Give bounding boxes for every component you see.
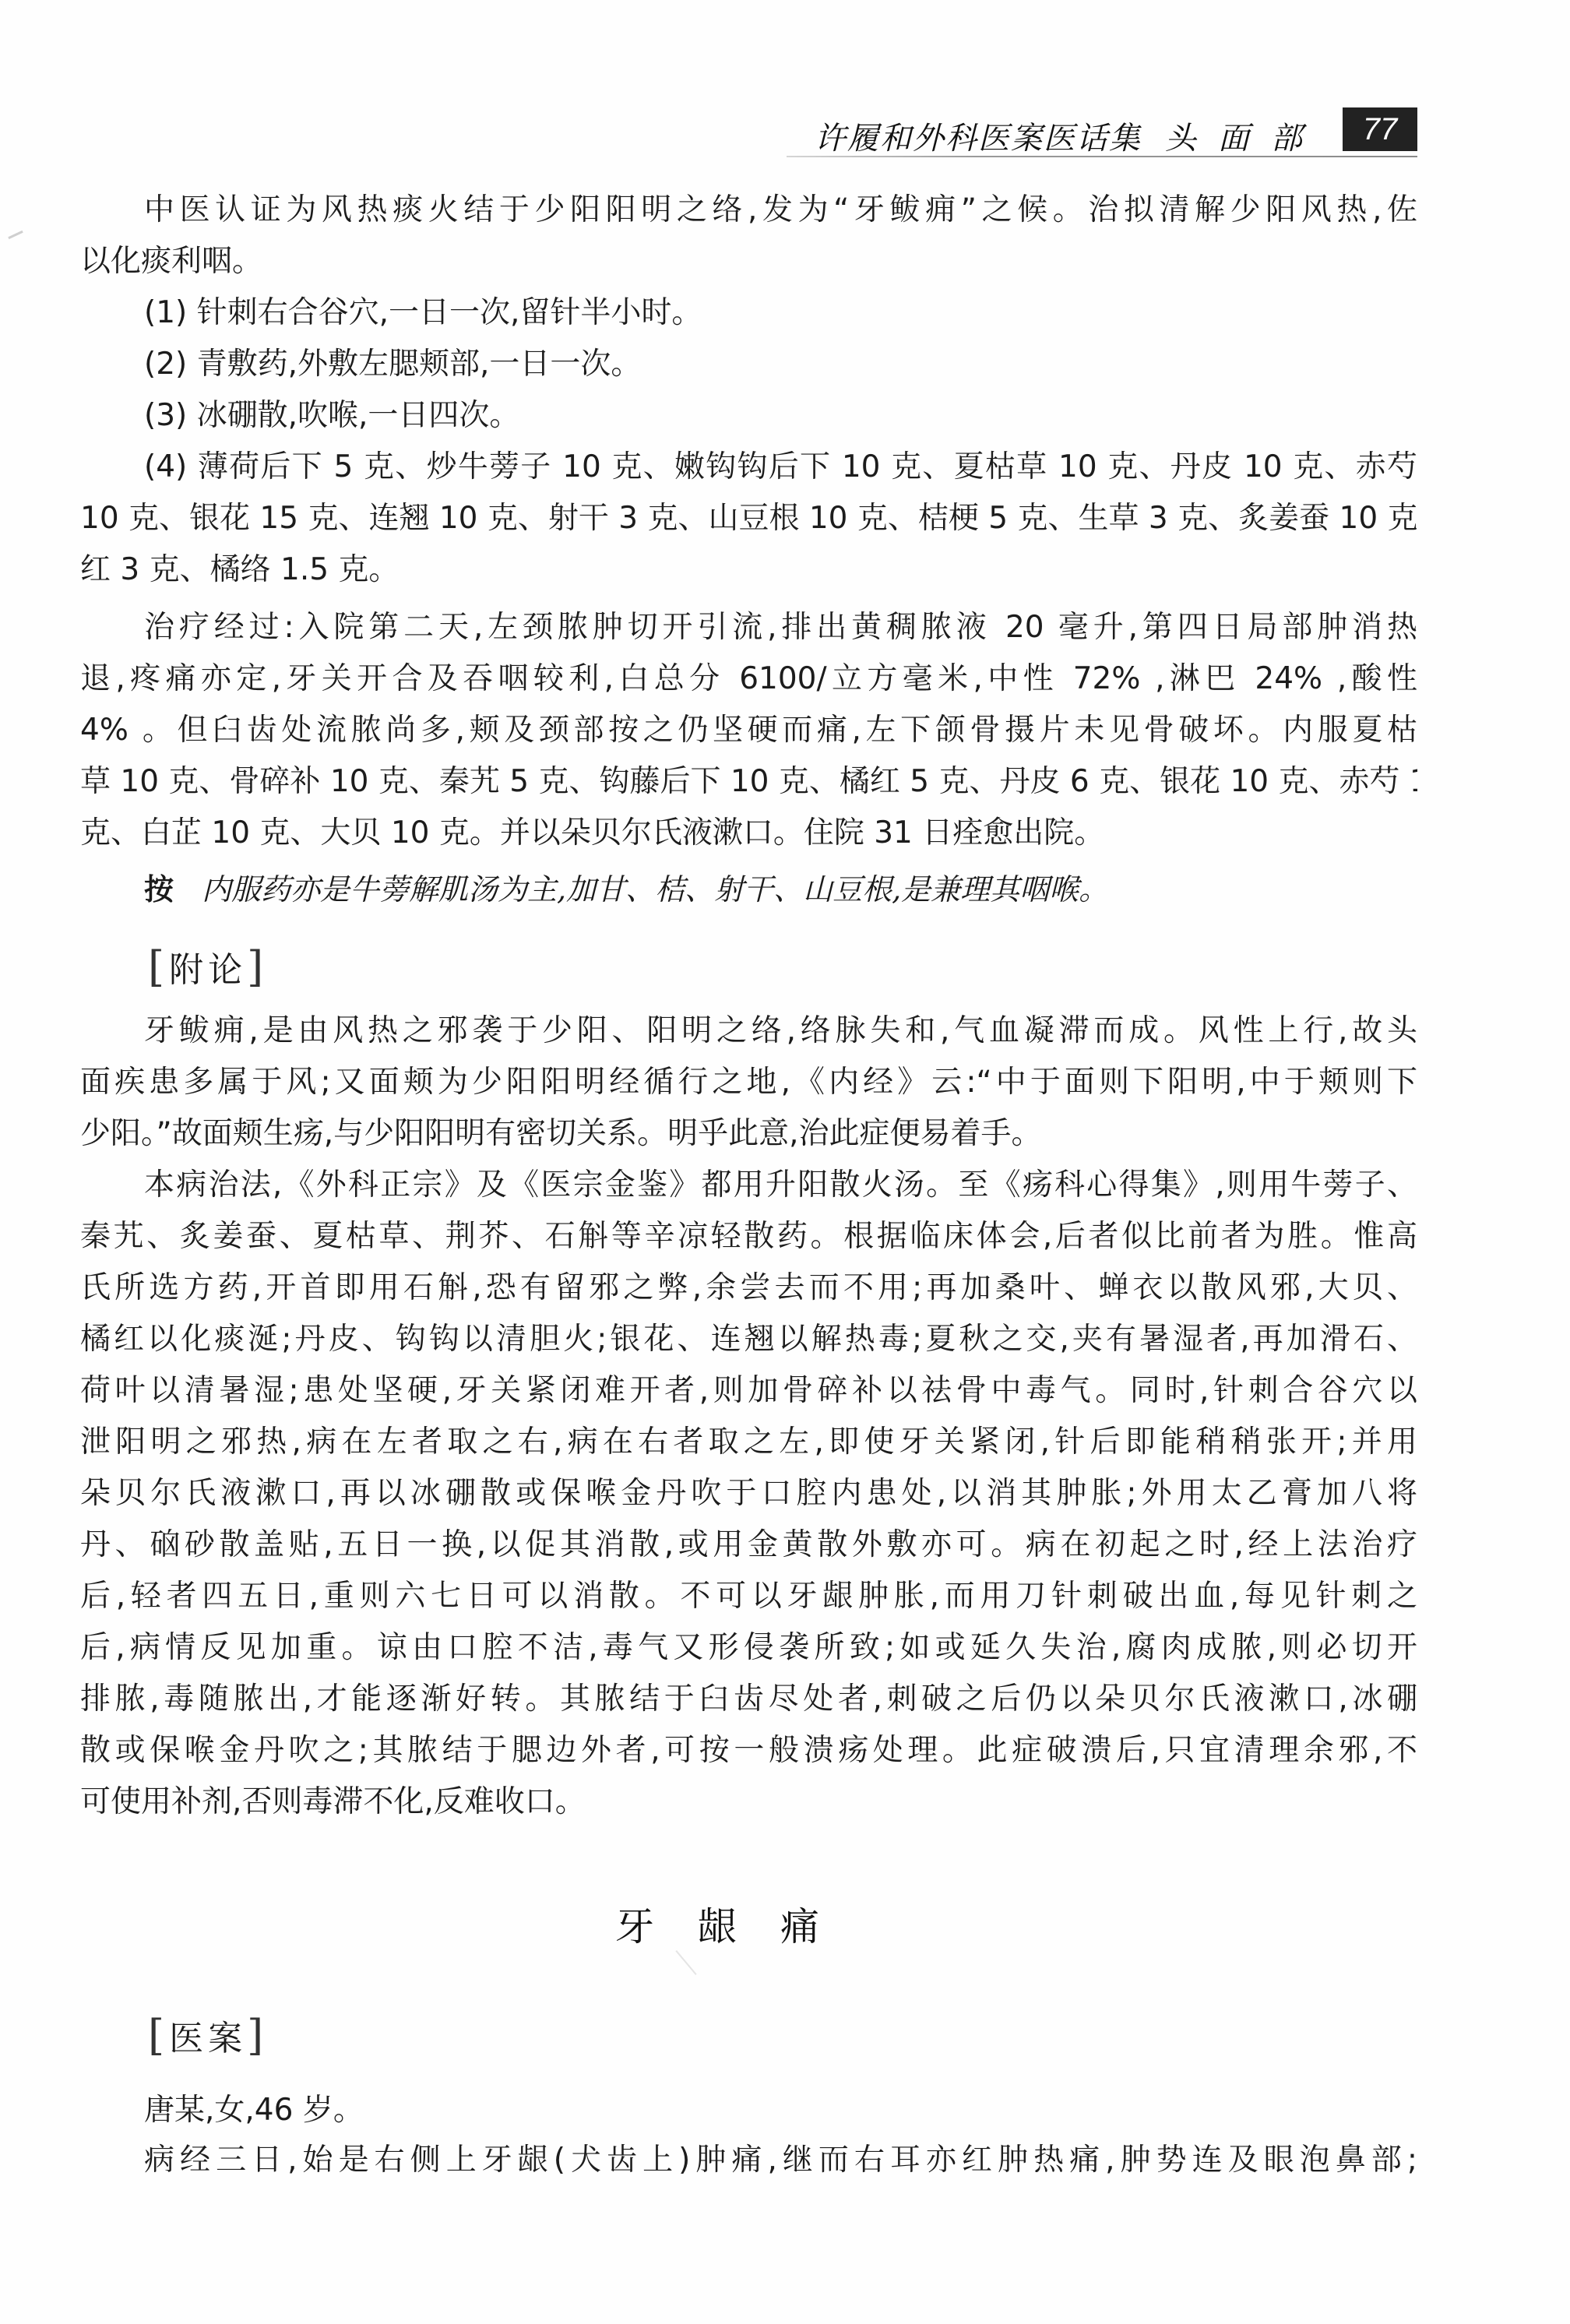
diagnosis-line: 中医认证为风热痰火结于少阳阳明之络,发为“牙鲅痈”之候。治拟清解少阳风热,佐 bbox=[144, 192, 1417, 229]
appendix-line: 荷叶以清暑湿;患处坚硬,牙关紧闭难开者,则加骨碎补以祛骨中毒气。同时,针刺合谷穴… bbox=[80, 1372, 1417, 1410]
prescription-line: 红 3 克、橘络 1.5 克。 bbox=[80, 551, 1417, 589]
diagnosis-line: 以化痰利咽。 bbox=[80, 243, 1417, 280]
case-heading-text: 医案 bbox=[169, 2019, 247, 2058]
scan-artifact bbox=[675, 1950, 696, 1975]
appendix-line: 橘红以化痰涎;丹皮、钩钩以清胆火;银花、连翘以解热毒;夏秋之交,夹有暑湿者,再加… bbox=[80, 1321, 1417, 1358]
note-text: 内服药亦是牛蒡解肌汤为主,加甘、桔、射干、山豆根,是兼理其咽喉。 bbox=[202, 872, 1108, 907]
course-line: 治疗经过:入院第二天,左颈脓肿切开引流,排出黄稠脓液 20 毫升,第四日局部肿消… bbox=[144, 609, 1417, 646]
bracket-left: [ bbox=[148, 2011, 169, 2060]
bracket-left: [ bbox=[148, 942, 169, 991]
history-line: 病经三日,始是右侧上牙龈(犬齿上)肿痛,继而右耳亦红肿热痛,肿势连及眼泡鼻部; bbox=[144, 2142, 1417, 2179]
appendix-line: 后,轻者四五日,重则六七日可以消散。不可以牙龈肿胀,而用刀针刺破出血,每见针刺之 bbox=[80, 1578, 1417, 1615]
header-divider bbox=[787, 156, 1417, 157]
appendix-line: 泄阳明之邪热,病在左者取之右,病在右者取之左,即使牙关紧闭,针后即能稍稍张开;并… bbox=[80, 1424, 1417, 1461]
appendix-line: 朵贝尔氏液漱口,再以冰硼散或保喉金丹吹于口腔内患处,以消其肿胀;外用太乙膏加八将 bbox=[80, 1475, 1417, 1512]
page-number: 77 bbox=[1343, 107, 1417, 151]
treatment-item: (3) 冰硼散,吹喉,一日四次。 bbox=[144, 397, 1417, 435]
appendix-line: 本病治法,《外科正宗》及《医宗金鉴》都用升阳散火汤。至《疡科心得集》,则用牛蒡子… bbox=[144, 1167, 1417, 1204]
course-line: 退,疼痛亦定,牙关开合及吞咽较利,白总分 6100/立方毫米,中性 72% ,淋… bbox=[80, 660, 1417, 698]
prescription-line: 10 克、银花 15 克、连翘 10 克、射干 3 克、山豆根 10 克、桔梗 … bbox=[80, 500, 1417, 537]
appendix-line: 排脓,毒随脓出,才能逐渐好转。其脓结于臼齿尽处者,刺破之后仍以朵贝尔氏液漱口,冰… bbox=[80, 1681, 1417, 1718]
book-title: 许履和外科医案医话集 bbox=[815, 121, 1142, 157]
appendix-line: 散或保喉金丹吹之;其脓结于腮边外者,可按一般溃疡处理。此症破溃后,只宜清理余邪,… bbox=[80, 1732, 1417, 1769]
course-line: 草 10 克、骨碎补 10 克、秦艽 5 克、钩藤后下 10 克、橘红 5 克、… bbox=[80, 763, 1417, 801]
bracket-right: ] bbox=[247, 942, 268, 991]
treatment-item: (2) 青敷药,外敷左腮颊部,一日一次。 bbox=[144, 346, 1417, 383]
running-header: 许履和外科医案医话集头面部 77 bbox=[787, 107, 1417, 154]
appendix-line: 后,病情反见加重。谅由口腔不洁,毒气又形侵袭所致;如或延久失治,腐肉成脓,则必切… bbox=[80, 1629, 1417, 1667]
appendix-heading-text: 附论 bbox=[169, 950, 247, 990]
appendix-line: 面疾患多属于风;又面颊为少阳阳明经循行之地,《内经》云:“中于面则下阳明,中于颊… bbox=[80, 1064, 1417, 1101]
course-line: 克、白芷 10 克、大贝 10 克。并以朵贝尔氏液漱口。住院 31 日痊愈出院。 bbox=[80, 815, 1417, 852]
article-title: 牙龈痛 bbox=[615, 1902, 863, 1952]
patient-info: 唐某,女,46 岁。 bbox=[144, 2092, 1417, 2129]
scan-artifact bbox=[8, 231, 23, 239]
section-name: 头面部 bbox=[1165, 121, 1324, 157]
appendix-heading: [附论] bbox=[148, 944, 268, 991]
book-page: 许履和外科医案医话集头面部 77 中医认证为风热痰火结于少阳阳明之络,发为“牙鲅… bbox=[0, 0, 1570, 2324]
appendix-line: 少阳。”故面颊生疡,与少阳阳明有密切关系。明乎此意,治此症便易着手。 bbox=[80, 1115, 1417, 1153]
appendix-line: 秦艽、炙姜蚕、夏枯草、荆芥、石斛等辛凉轻散药。根据临床体会,后者似比前者为胜。惟… bbox=[80, 1218, 1417, 1255]
appendix-line: 可使用补剂,否则毒滞不化,反难收口。 bbox=[80, 1783, 1417, 1821]
treatment-item: (1) 针刺右合谷穴,一日一次,留针半小时。 bbox=[144, 294, 1417, 332]
appendix-line: 丹、硇砂散盖贴,五日一换,以促其消散,或用金黄散外敷亦可。病在初起之时,经上法治… bbox=[80, 1526, 1417, 1564]
case-heading: [医案] bbox=[148, 2012, 268, 2059]
running-header-title: 许履和外科医案医话集头面部 bbox=[815, 114, 1324, 158]
appendix-line: 牙鲅痈,是由风热之邪袭于少阳、阳明之络,络脉失和,气血凝滞而成。风性上行,故头 bbox=[144, 1012, 1417, 1050]
prescription-line: (4) 薄荷后下 5 克、炒牛蒡子 10 克、嫩钩钩后下 10 克、夏枯草 10… bbox=[144, 449, 1417, 486]
editor-note: 按内服药亦是牛蒡解肌汤为主,加甘、桔、射干、山豆根,是兼理其咽喉。 bbox=[144, 871, 1108, 908]
note-label: 按 bbox=[144, 872, 174, 907]
appendix-line: 氏所选方药,开首即用石斛,恐有留邪之弊,余尝去而不用;再加桑叶、蝉衣以散风邪,大… bbox=[80, 1269, 1417, 1307]
bracket-right: ] bbox=[247, 2011, 268, 2060]
course-line: 4% 。但臼齿处流脓尚多,颊及颈部按之仍坚硬而痛,左下颌骨摄片未见骨破坏。内服夏… bbox=[80, 712, 1417, 749]
